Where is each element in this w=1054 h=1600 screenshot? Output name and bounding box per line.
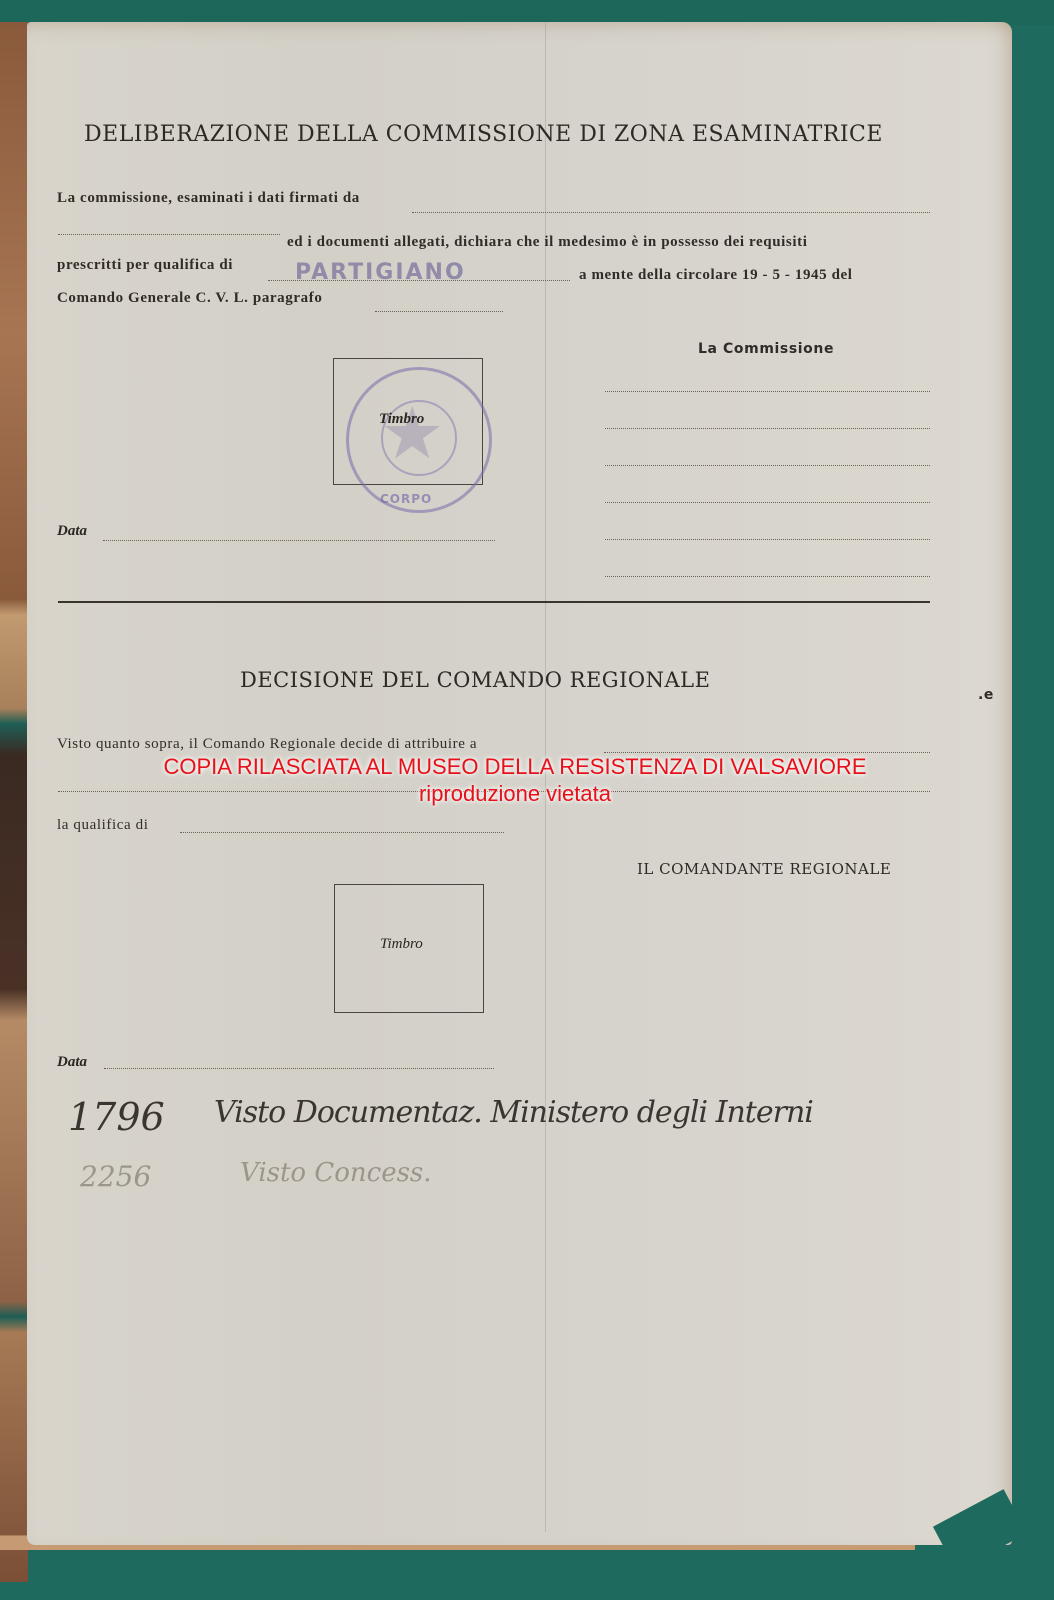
section1-line2: ed i documenti allegati, dichiara che il… xyxy=(287,234,808,251)
section1-line3-suffix: a mente della circolare 19 - 5 - 1945 de… xyxy=(579,267,853,284)
section1-title: DELIBERAZIONE DELLA COMMISSIONE DI ZONA … xyxy=(84,122,883,147)
section1-line1: La commissione, esaminati i dati firmati… xyxy=(57,190,360,207)
signature-line-1 xyxy=(605,391,930,392)
date-field-1 xyxy=(103,540,495,541)
stamp-ring-text: CORPO xyxy=(380,492,432,506)
stamp-label-2: Timbro xyxy=(380,936,423,953)
attribuire-field xyxy=(604,752,930,753)
margin-mark: .e xyxy=(978,687,994,703)
stamp-label-1: Timbro xyxy=(379,411,424,428)
date-label-1: Data xyxy=(57,523,87,540)
qualifica-field-2 xyxy=(180,832,504,833)
folder-binding xyxy=(0,22,28,1582)
commander-label: IL COMANDANTE REGIONALE xyxy=(637,860,891,878)
section2-title: DECISIONE DEL COMANDO REGIONALE xyxy=(240,668,710,692)
signer-field-cont xyxy=(58,234,280,235)
signature-line-5 xyxy=(605,539,930,540)
date-field-2 xyxy=(104,1068,494,1069)
star-icon: ★ xyxy=(380,398,445,470)
signer-field xyxy=(412,212,930,213)
section1-line4: Comando Generale C. V. L. paragrafo xyxy=(57,290,322,307)
date-label-2: Data xyxy=(57,1054,87,1071)
signature-line-6 xyxy=(605,576,930,577)
section2-line2: la qualifica di xyxy=(57,817,148,834)
handwritten-note-2: Visto Concess. xyxy=(240,1158,432,1188)
paragrafo-field xyxy=(375,311,503,312)
section1-line3-prefix: prescritti per qualifica di xyxy=(57,257,233,274)
section-divider xyxy=(58,601,930,603)
watermark-line-2: riproduzione vietata xyxy=(150,781,880,807)
partigiano-stamp: PARTIGIANO xyxy=(295,260,466,285)
commission-label: La Commissione xyxy=(698,341,834,357)
section2-line1: Visto quanto sopra, il Comando Regionale… xyxy=(57,736,477,753)
handwritten-number-1: 1796 xyxy=(68,1095,165,1139)
signature-line-3 xyxy=(605,465,930,466)
handwritten-note-1: Visto Documentaz. Ministero degli Intern… xyxy=(214,1095,813,1130)
handwritten-number-2: 2256 xyxy=(80,1160,151,1193)
signature-line-2 xyxy=(605,428,930,429)
watermark-line-1: COPIA RILASCIATA AL MUSEO DELLA RESISTEN… xyxy=(150,754,880,780)
signature-line-4 xyxy=(605,502,930,503)
